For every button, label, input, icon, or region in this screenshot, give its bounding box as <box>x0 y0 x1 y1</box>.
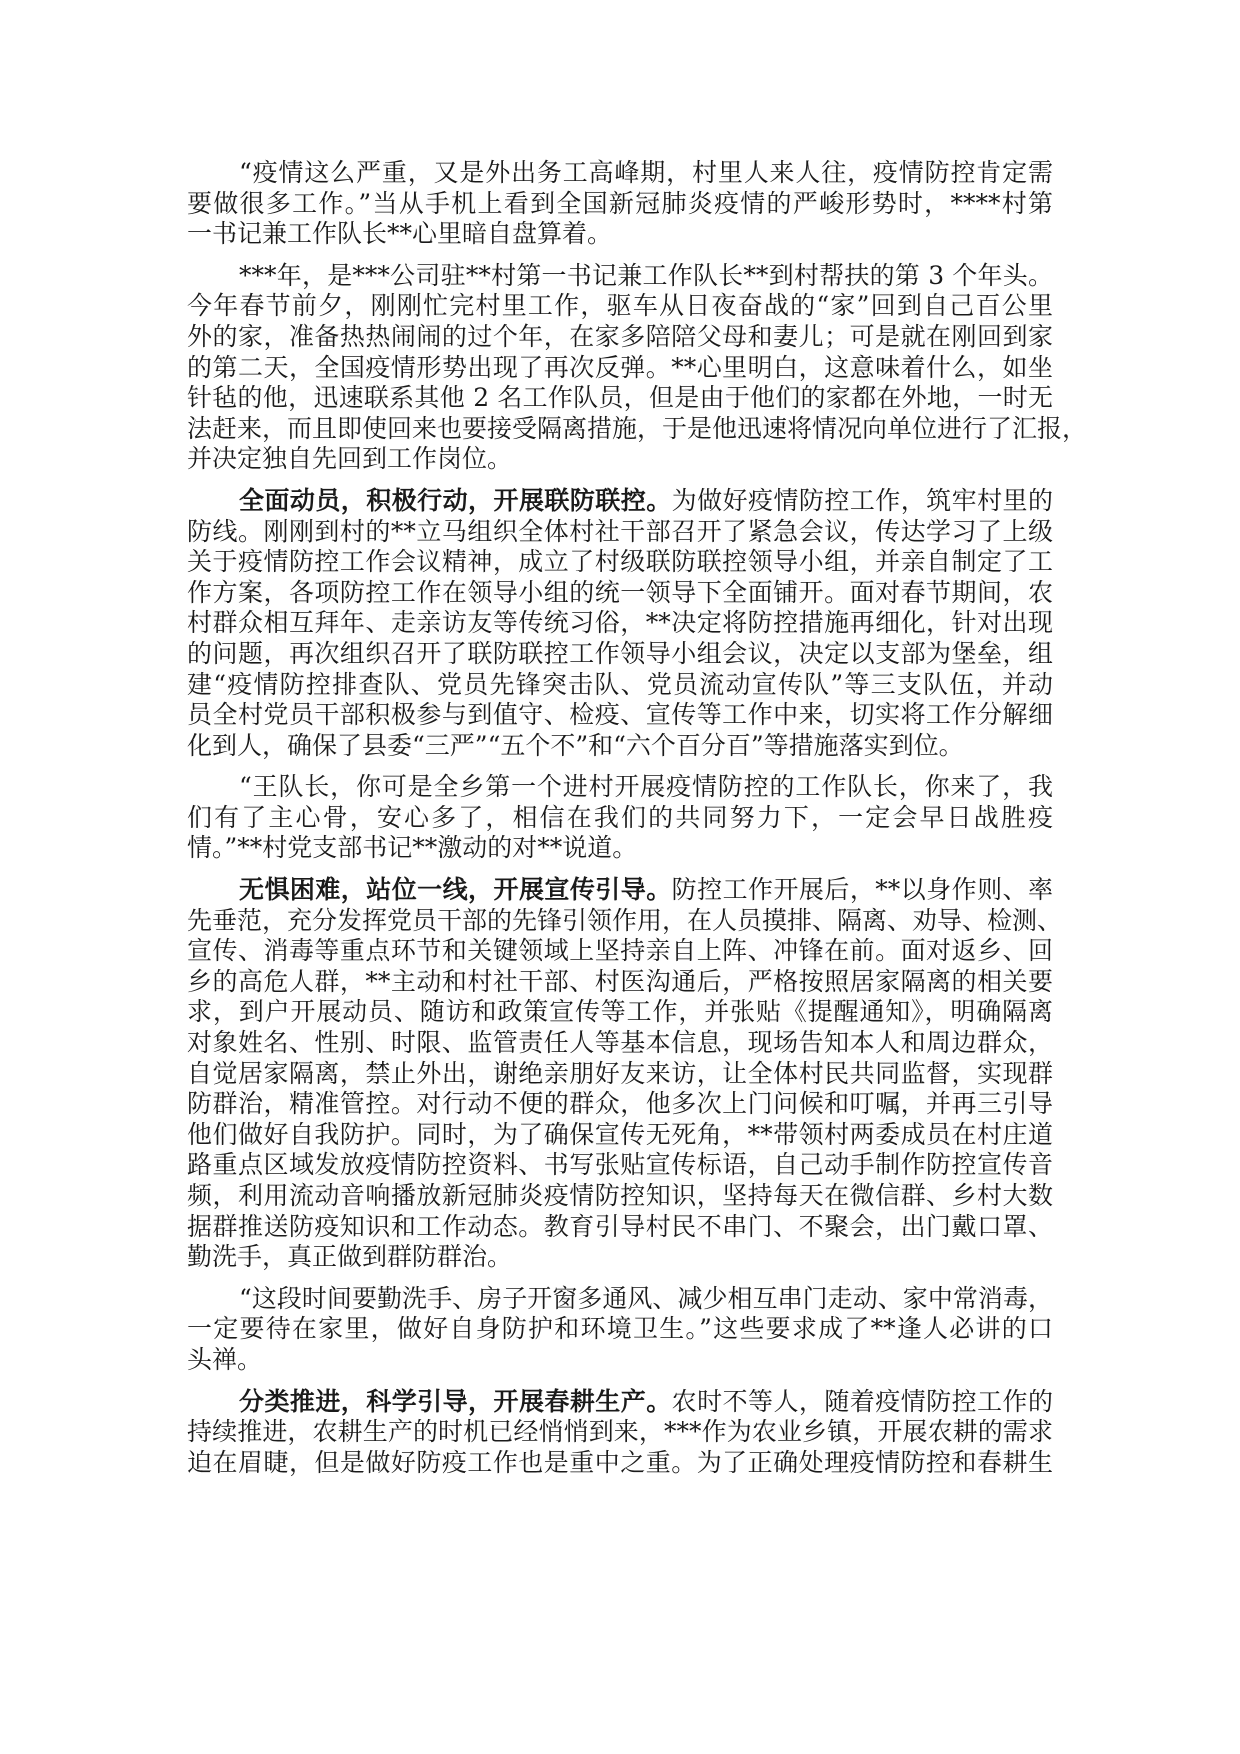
text-line: 作方案，各项防控工作在领导小组的统一领导下全面铺开。面对春节期间，农 <box>187 578 1053 609</box>
text-line: 他们做好自我防护。同时，为了确保宣传无死角，**带领村两委成员在村庄道 <box>187 1120 1053 1151</box>
section-heading: 无惧困难，站位一线，开展宣传引导。 <box>239 875 672 904</box>
paragraph-spring-farming: 分类推进，科学引导，开展春耕生产。农时不等人，随着疫情防控工作的 持续推进，农耕… <box>187 1387 1053 1479</box>
text-line: 先垂范，充分发挥党员干部的先锋引领作用，在人员摸排、隔离、劝导、检测、 <box>187 906 1053 937</box>
text-run: 为做好疫情防控工作，筑牢村里的 <box>672 486 1053 515</box>
text-line: 针毡的他，迅速联系其他 2 名工作队员，但是由于他们的家都在外地，一时无 <box>187 383 1053 414</box>
text-line: 迫在眉睫，但是做好防疫工作也是重中之重。为了正确处理疫情防控和春耕生 <box>187 1448 1053 1479</box>
text-run: 农时不等人，随着疫情防控工作的 <box>672 1387 1053 1416</box>
text-line: 宣传、消毒等重点环节和关键领域上坚持亲自上阵、冲锋在前。面对返乡、回 <box>187 936 1053 967</box>
text-line: 关于疫情防控工作会议精神，成立了村级联防联控领导小组，并亲自制定了工 <box>187 547 1053 578</box>
text-line: 分类推进，科学引导，开展春耕生产。农时不等人，随着疫情防控工作的 <box>187 1387 1053 1418</box>
text-line: 的问题，再次组织召开了联防联控工作领导小组会议，决定以支部为堡垒，组 <box>187 639 1053 670</box>
text-line: 防群治，精准管控。对行动不便的群众，他多次上门问候和叮嘱，并再三引导 <box>187 1089 1053 1120</box>
text-line: “疫情这么严重，又是外出务工高峰期，村里人来人往，疫情防控肯定需 <box>187 158 1053 189</box>
text-line: 头禅。 <box>187 1345 1053 1376</box>
text-line: 化到人，确保了县委“三严”“五个不”和“六个百分百”等措施落实到位。 <box>187 731 1053 762</box>
text-line: 自觉居家隔离，禁止外出，谢绝亲朋好友来访，让全体村民共同监督，实现群 <box>187 1059 1053 1090</box>
paragraph-requirements-quote: “这段时间要勤洗手、房子开窗多通风、减少相互串门走动、家中常消毒， 一定要待在家… <box>187 1284 1053 1376</box>
text-line: “王队长，你可是全乡第一个进村开展疫情防控的工作队长，你来了，我 <box>187 772 1053 803</box>
paragraph-opening-quote: “疫情这么严重，又是外出务工高峰期，村里人来人往，疫情防控肯定需 要做很多工作。… <box>187 158 1053 250</box>
text-line: 外的家，准备热热闹闹的过个年，在家多陪陪父母和妻儿；可是就在刚回到家 <box>187 322 1053 353</box>
text-line: 全面动员，积极行动，开展联防联控。为做好疫情防控工作，筑牢村里的 <box>187 486 1053 517</box>
text-line: 乡的高危人群，**主动和村社干部、村医沟通后，严格按照居家隔离的相关要 <box>187 967 1053 998</box>
text-line: 一定要待在家里，做好自身防护和环境卫生。”这些要求成了**逢人必讲的口 <box>187 1314 1053 1345</box>
document-page: “疫情这么严重，又是外出务工高峰期，村里人来人往，疫情防控肯定需 要做很多工作。… <box>187 158 1053 1489</box>
text-line: 勤洗手，真正做到群防群治。 <box>187 1242 1053 1273</box>
text-line: 持续推进，农耕生产的时机已经悄悄到来，***作为农业乡镇，开展农耕的需求 <box>187 1417 1053 1448</box>
text-line: 们有了主心骨，安心多了，相信在我们的共同努力下，一定会早日战胜疫 <box>187 803 1053 834</box>
text-line: 今年春节前夕，刚刚忙完村里工作，驱车从日夜奋战的“家”回到自己百公里 <box>187 291 1053 322</box>
text-line: ***年，是***公司驻**村第一书记兼工作队长**到村帮扶的第 3 个年头。 <box>187 261 1053 292</box>
text-line: 无惧困难，站位一线，开展宣传引导。防控工作开展后，**以身作则、率 <box>187 875 1053 906</box>
text-line: “这段时间要勤洗手、房子开窗多通风、减少相互串门走动、家中常消毒， <box>187 1284 1053 1315</box>
text-line: 防线。刚刚到村的**立马组织全体村社干部召开了紧急会议，传达学习了上级 <box>187 517 1053 548</box>
text-line: 情。”**村党支部书记**激动的对**说道。 <box>187 833 1053 864</box>
text-line: 建“疫情防控排查队、党员先锋突击队、党员流动宣传队”等三支队伍，并动 <box>187 670 1053 701</box>
text-line: 的第二天，全国疫情形势出现了再次反弹。**心里明白，这意味着什么，如坐 <box>187 353 1053 384</box>
text-line: 村群众相互拜年、走亲访友等传统习俗，**决定将防控措施再细化，针对出现 <box>187 608 1053 639</box>
text-line: 法赶来，而且即使回来也要接受隔离措施，于是他迅速将情况向单位进行了汇报， <box>187 414 1053 445</box>
paragraph-mobilization: 全面动员，积极行动，开展联防联控。为做好疫情防控工作，筑牢村里的 防线。刚刚到村… <box>187 486 1053 761</box>
text-run: 防控工作开展后，**以身作则、率 <box>672 875 1053 904</box>
text-line: 并决定独自先回到工作岗位。 <box>187 444 1053 475</box>
paragraph-publicity: 无惧困难，站位一线，开展宣传引导。防控工作开展后，**以身作则、率 先垂范，充分… <box>187 875 1053 1273</box>
paragraph-secretary-quote: “王队长，你可是全乡第一个进村开展疫情防控的工作队长，你来了，我 们有了主心骨，… <box>187 772 1053 864</box>
text-line: 求，到户开展动员、随访和政策宣传等工作，并张贴《提醒通知》，明确隔离 <box>187 997 1053 1028</box>
text-line: 对象姓名、性别、时限、监管责任人等基本信息，现场告知本人和周边群众， <box>187 1028 1053 1059</box>
text-line: 频，利用流动音响播放新冠肺炎疫情防控知识，坚持每天在微信群、乡村大数 <box>187 1181 1053 1212</box>
text-line: 据群推送防疫知识和工作动态。教育引导村民不串门、不聚会，出门戴口罩、 <box>187 1212 1053 1243</box>
section-heading: 分类推进，科学引导，开展春耕生产。 <box>239 1387 672 1416</box>
text-line: 一书记兼工作队长**心里暗自盘算着。 <box>187 219 1053 250</box>
text-line: 路重点区域发放疫情防控资料、书写张贴宣传标语，自己动手制作防控宣传音 <box>187 1150 1053 1181</box>
paragraph-background: ***年，是***公司驻**村第一书记兼工作队长**到村帮扶的第 3 个年头。 … <box>187 261 1053 475</box>
section-heading: 全面动员，积极行动，开展联防联控。 <box>239 486 672 515</box>
text-line: 要做很多工作。”当从手机上看到全国新冠肺炎疫情的严峻形势时，****村第 <box>187 189 1053 220</box>
text-line: 员全村党员干部积极参与到值守、检疫、宣传等工作中来，切实将工作分解细 <box>187 700 1053 731</box>
